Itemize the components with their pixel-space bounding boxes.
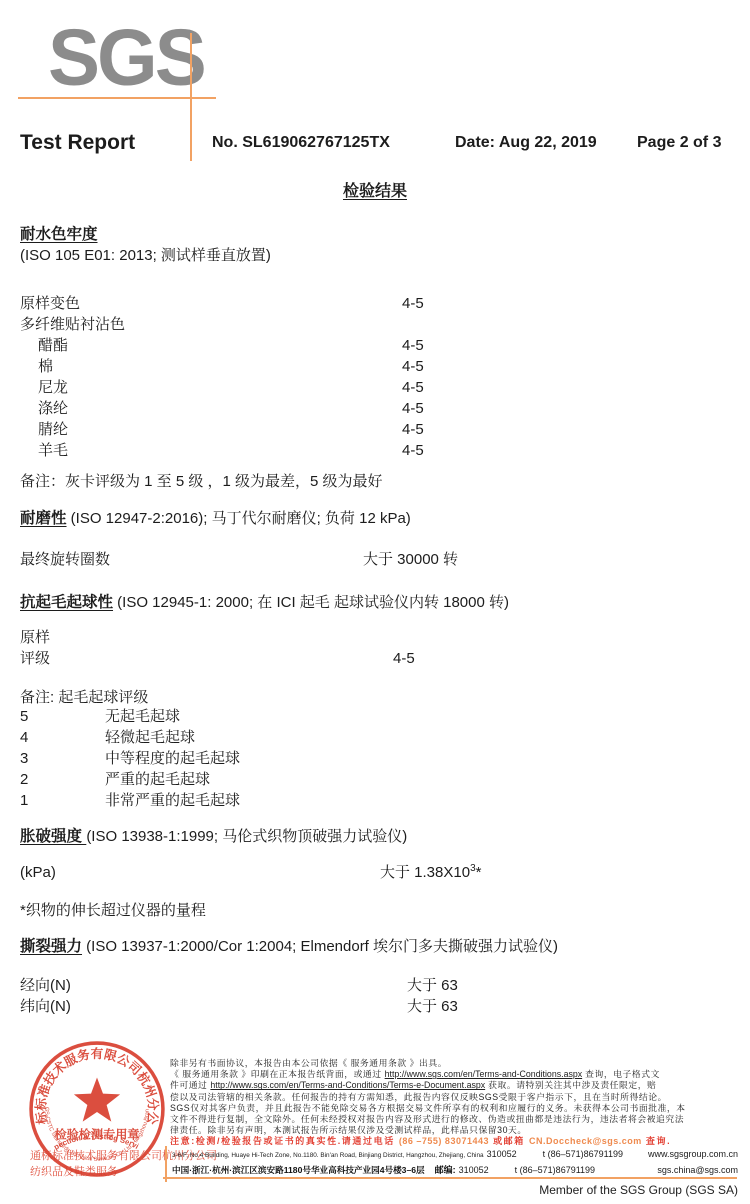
table-row: 醋酯4-5 — [20, 335, 730, 356]
table-row: 经向(N)大于 63 — [20, 975, 730, 996]
table-row: 棉4-5 — [20, 356, 730, 377]
grade-row: 4轻微起毛起球 — [20, 727, 730, 748]
report-header-row: Test Report No. SL619062767125TX Date: A… — [0, 131, 750, 155]
report-number: No. SL619062767125TX — [212, 134, 390, 152]
email-link[interactable]: sgs.china@sgs.com — [657, 1163, 738, 1178]
report-date: Date: Aug 22, 2019 — [455, 134, 597, 152]
bursting-footnote: *织物的伸长超过仪器的量程 — [20, 899, 206, 920]
table-row: 腈纶4-5 — [20, 419, 730, 440]
terms-line: 律责任。除非另有声明，本测试报告所示结果仅涉及受测试样品，此样品只保留30天。 — [170, 1125, 742, 1136]
table-row: 尼龙4-5 — [20, 377, 730, 398]
bursting-table: (kPa) 大于 1.38X103* — [20, 862, 730, 883]
section-water-fastness-method: (ISO 105 E01: 2013; 测试样垂直放置) — [20, 244, 271, 265]
water-fastness-table: 原样变色4-5 多纤维贴衬沾色 醋酯4-5 棉4-5 尼龙4-5 涤纶4-5 腈… — [20, 293, 730, 461]
terms-line: SGS仅对其客户负责，并且此报告不能免除交易各方根据交易文件所享有的权利和应履行… — [170, 1103, 742, 1114]
grade-row: 1非常严重的起毛起球 — [20, 790, 730, 811]
section-abrasion-title: 耐磨性 (ISO 12947-2:2016); 马丁代尔耐磨仪; 负荷 12 k… — [20, 506, 411, 528]
bursting-value: 大于 1.38X103* — [380, 862, 481, 883]
grade-row: 3中等程度的起毛起球 — [20, 748, 730, 769]
section-title: 耐水色牢度 — [20, 226, 98, 243]
table-row: 多纤维贴衬沾色 — [20, 314, 730, 335]
terms-line: 件可通过 http://www.sgs.com/en/Terms-and-Con… — [170, 1080, 742, 1091]
table-row: 最终旋转圈数大于 30000 转 — [20, 549, 730, 570]
grade-row: 2严重的起毛起球 — [20, 769, 730, 790]
inspection-stamp-seal: 通标标准技术服务有限公司杭州分公司 SGS-CSTC Standards Tec… — [26, 1038, 168, 1180]
table-row: (kPa) 大于 1.38X103* — [20, 862, 730, 883]
doccheck-email[interactable]: CN.Doccheck@sgs.com — [529, 1136, 642, 1146]
section-pilling-title: 抗起毛起球性 (ISO 12945-1: 2000; 在 ICI 起毛 起球试验… — [20, 590, 509, 612]
table-row: 纬向(N)大于 63 — [20, 996, 730, 1017]
table-row: 原样 — [20, 627, 730, 648]
pilling-grade-scale: 5无起毛起球 4轻微起毛起球 3中等程度的起毛起球 2严重的起毛起球 1非常严重… — [20, 706, 730, 811]
address-block: 3-6/F, No.4 Building, Huaye Hi-Tech Zone… — [172, 1147, 738, 1178]
footer-rule-line — [163, 1177, 737, 1179]
address-row-cn: 中国·浙江·杭州·滨江区滨安路1180号华业高科技产业园4号楼3–6层 邮编: … — [172, 1163, 738, 1178]
terms-and-conditions-text: 除非另有书面协议，本报告由本公司依据《 服务通用条款 》出具。 《 服务通用条款… — [170, 1058, 742, 1136]
terms-line: 《 服务通用条款 》印刷在正本报告纸背面，或通过 http://www.sgs.… — [170, 1069, 742, 1080]
page-indicator: Page 2 of 3 — [637, 134, 721, 152]
sgs-logo: SGS — [48, 17, 204, 97]
pilling-table: 原样 评级4-5 — [20, 627, 730, 669]
sgs-member-text: Member of the SGS Group (SGS SA) — [539, 1183, 738, 1197]
terms-conditions-link[interactable]: http://www.sgs.com/en/Terms-and-Conditio… — [385, 1069, 583, 1079]
authenticity-notice: 注意:检测/检验报告或证书的真实性.请通过电话 (86 –755) 830714… — [170, 1136, 742, 1147]
table-row: 原样变色4-5 — [20, 293, 730, 314]
table-row: 评级4-5 — [20, 648, 730, 669]
report-title: Test Report — [20, 131, 135, 155]
section-water-fastness-title: 耐水色牢度 — [20, 222, 98, 244]
website-link[interactable]: www.sgsgroup.com.cn — [648, 1147, 738, 1162]
section-tearing-title: 撕裂强力 (ISO 13937-1:2000/Cor 1:2004; Elmen… — [20, 934, 558, 956]
abrasion-table: 最终旋转圈数大于 30000 转 — [20, 549, 730, 570]
table-row: 涤纶4-5 — [20, 398, 730, 419]
results-heading: 检验结果 — [0, 178, 750, 201]
terms-line: 文件不得进行复制，全文除外。任何未经授权对报告内容及形式进行的修改、伪造或扭曲都… — [170, 1114, 742, 1125]
water-fastness-note: 备注：灰卡评级为 1 至 5 级 ，1 级为最差，5 级为最好 — [20, 470, 383, 491]
pilling-note-title: 备注: 起毛起球评级 — [20, 686, 148, 707]
section-bursting-title: 胀破强度 (ISO 13938-1:1999; 马伦式织物顶破强力试验仪) — [20, 824, 407, 846]
address-row-en: 3-6/F, No.4 Building, Huaye Hi-Tech Zone… — [172, 1147, 738, 1163]
stamp-star-icon — [74, 1078, 120, 1122]
logo-horizontal-line — [18, 97, 216, 99]
terms-line: 除非另有书面协议，本报告由本公司依据《 服务通用条款 》出具。 — [170, 1058, 742, 1069]
terms-line: 偿以及司法管辖的相关条款。任何报告的持有方需知悉，此报告内容仅反映SGS受限于客… — [170, 1092, 742, 1103]
terms-edocument-link[interactable]: http://www.sgs.com/en/Terms-and-Conditio… — [210, 1080, 485, 1090]
tearing-table: 经向(N)大于 63 纬向(N)大于 63 — [20, 975, 730, 1017]
table-row: 羊毛4-5 — [20, 440, 730, 461]
grade-row: 5无起毛起球 — [20, 706, 730, 727]
